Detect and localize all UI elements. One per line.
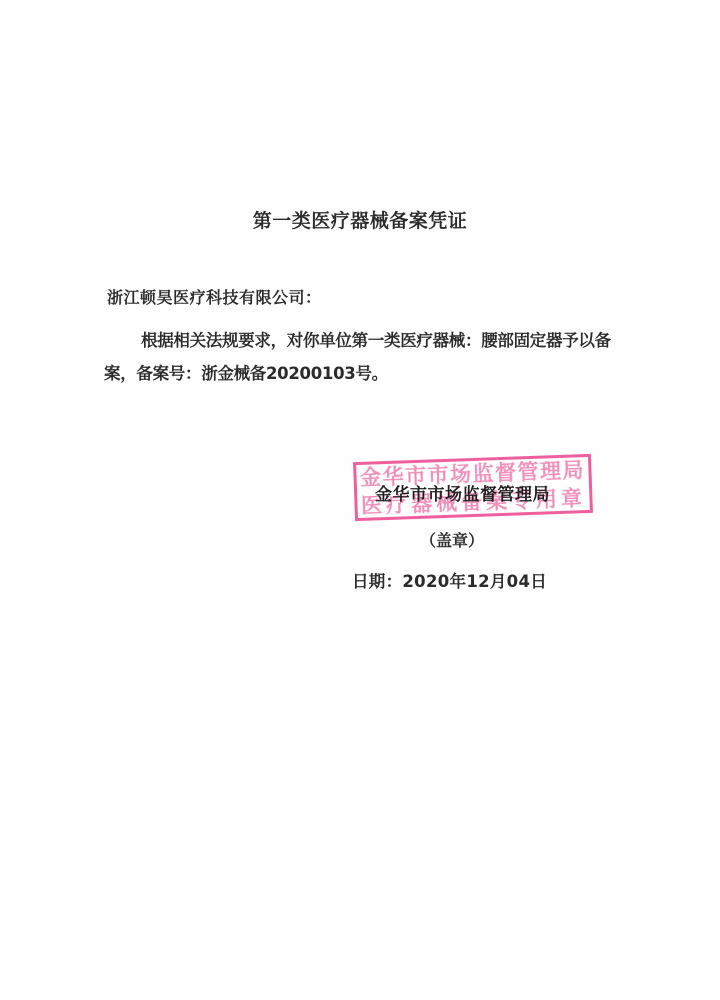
body-text-line-1: 根据相关法规要求，对你单位第一类医疗器械：腰部固定器予以备	[141, 327, 611, 351]
body-text-line-2: 案，备案号：浙金械备20200103号。	[104, 360, 388, 384]
issuer-authority-name: 金华市市场监督管理局	[375, 480, 550, 505]
issue-date: 日期：2020年12月04日	[352, 568, 547, 592]
seal-caption: （盖章）	[420, 528, 484, 551]
addressee-company: 浙江顿昊医疗科技有限公司：	[107, 285, 322, 308]
certificate-title: 第一类医疗器械备案凭证	[0, 206, 720, 233]
certificate-page: 第一类医疗器械备案凭证 浙江顿昊医疗科技有限公司： 根据相关法规要求，对你单位第…	[0, 0, 720, 1000]
